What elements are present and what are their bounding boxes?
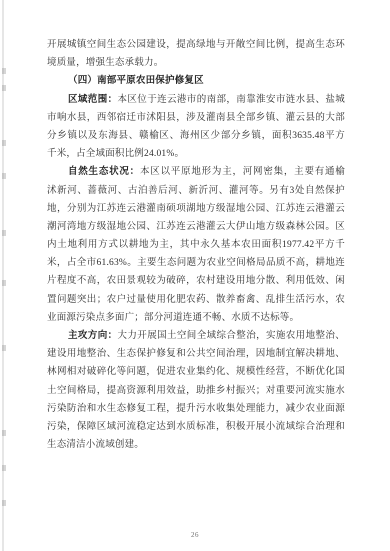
text-line: 建设用地整治、生态保护修复和公共空间治理，因地制宜解决耕地、 — [47, 345, 345, 363]
text-line: 分乡镇以及东海县、赣榆区、海州区少部分乡镇，面积3635.48平方 — [47, 127, 345, 145]
text-line: 区域范围：本区位于连云港市的南部，南靠淮安市涟水县、盐城 — [47, 91, 345, 109]
scan-artifact — [2, 500, 6, 506]
scan-artifact — [2, 465, 6, 471]
text-line: 主攻方向：大力开展国土空间全域综合整治，实施农用地整治、 — [47, 327, 345, 345]
text-line: 土空间格局，提高资源利用效益，助推乡村振兴；对重要河流实施水 — [47, 382, 345, 400]
text-run: 大力开展国土空间全域综合整治，实施农用地整治、 — [118, 331, 345, 341]
text-line: 内土地利用方式以耕地为主，其中永久基本农田面积1977.42平方千 — [47, 236, 345, 254]
text-line: 潮河湾地方级湿地公园、江苏连云港灌云大伊山地方级森林公园。区 — [47, 218, 345, 236]
text-line: 境质量，增强生态承载力。 — [47, 54, 345, 72]
scan-artifact — [2, 280, 6, 286]
text-run: 本区位于连云港市的南部，南靠淮安市涟水县、盐城 — [118, 95, 345, 105]
text-line: 业面源污染点多面广；部分河道连通不畅、水质不达标等。 — [47, 309, 345, 327]
text-line: 片程度不高，农田景观较为破碎，农村建设用地分散、利用低效、闲 — [47, 272, 345, 290]
text-line: 林网相对破碎化等问题，促进农业集约化、规模性经营，不断优化国 — [47, 363, 345, 381]
paragraph-label: 区域范围： — [68, 95, 118, 105]
paragraph-label: 自然生态状况： — [68, 167, 140, 177]
page-number: 26 — [0, 531, 390, 539]
text-line: 千米，占全域面积比例24.01%。 — [47, 145, 345, 163]
text-line: 地，分别为江苏连云港灌南硕项湖地方级湿地公园、江苏连云港灌云 — [47, 200, 345, 218]
scan-artifact — [2, 345, 6, 351]
body-text: 开展城镇空间生态公园建设，提高绿地与开敞空间比例，提高生态环 境质量，增强生态承… — [47, 36, 345, 454]
section-heading: （四）南部平原农田保护修复区 — [47, 72, 345, 90]
scan-artifact — [2, 140, 6, 146]
scan-artifact — [2, 230, 6, 236]
text-line: 开展城镇空间生态公园建设，提高绿地与开敞空间比例，提高生态环 — [47, 36, 345, 54]
paragraph-label: 主攻方向： — [68, 331, 118, 341]
scan-artifact — [2, 68, 6, 74]
text-line: 置问题突出；农户过量使用化肥农药、散养畜禽、乱排生活污水，农 — [47, 291, 345, 309]
scan-artifact — [2, 85, 6, 91]
text-line: 污染防治和水生态修复工程，提升污水收集处理能力，减少农业面源 — [47, 400, 345, 418]
document-page: 开展城镇空间生态公园建设，提高绿地与开敞空间比例，提高生态环 境质量，增强生态承… — [0, 0, 390, 551]
text-line: 市响水县，西邻宿迁市沭阳县，涉及灌南县全部乡镇、灌云县的大部 — [47, 109, 345, 127]
text-line: 污染，保障区域河流稳定达到水质标准，积极开展小流域综合治理和 — [47, 418, 345, 436]
text-line: 米，占全市61.63%。主要生态问题为农业空间格局品质不高，耕地连 — [47, 254, 345, 272]
scan-artifact — [2, 173, 6, 179]
text-line: 自然生态状况：本区以平原地形为主，河网密集，主要有通榆河、 — [47, 163, 345, 181]
text-line: 生态清洁小流域创建。 — [47, 436, 345, 454]
scan-artifact — [2, 430, 6, 436]
text-line: 沭新河、蔷薇河、古泊善后河、新沂河、灌河等。另有3处自然保护 — [47, 182, 345, 200]
